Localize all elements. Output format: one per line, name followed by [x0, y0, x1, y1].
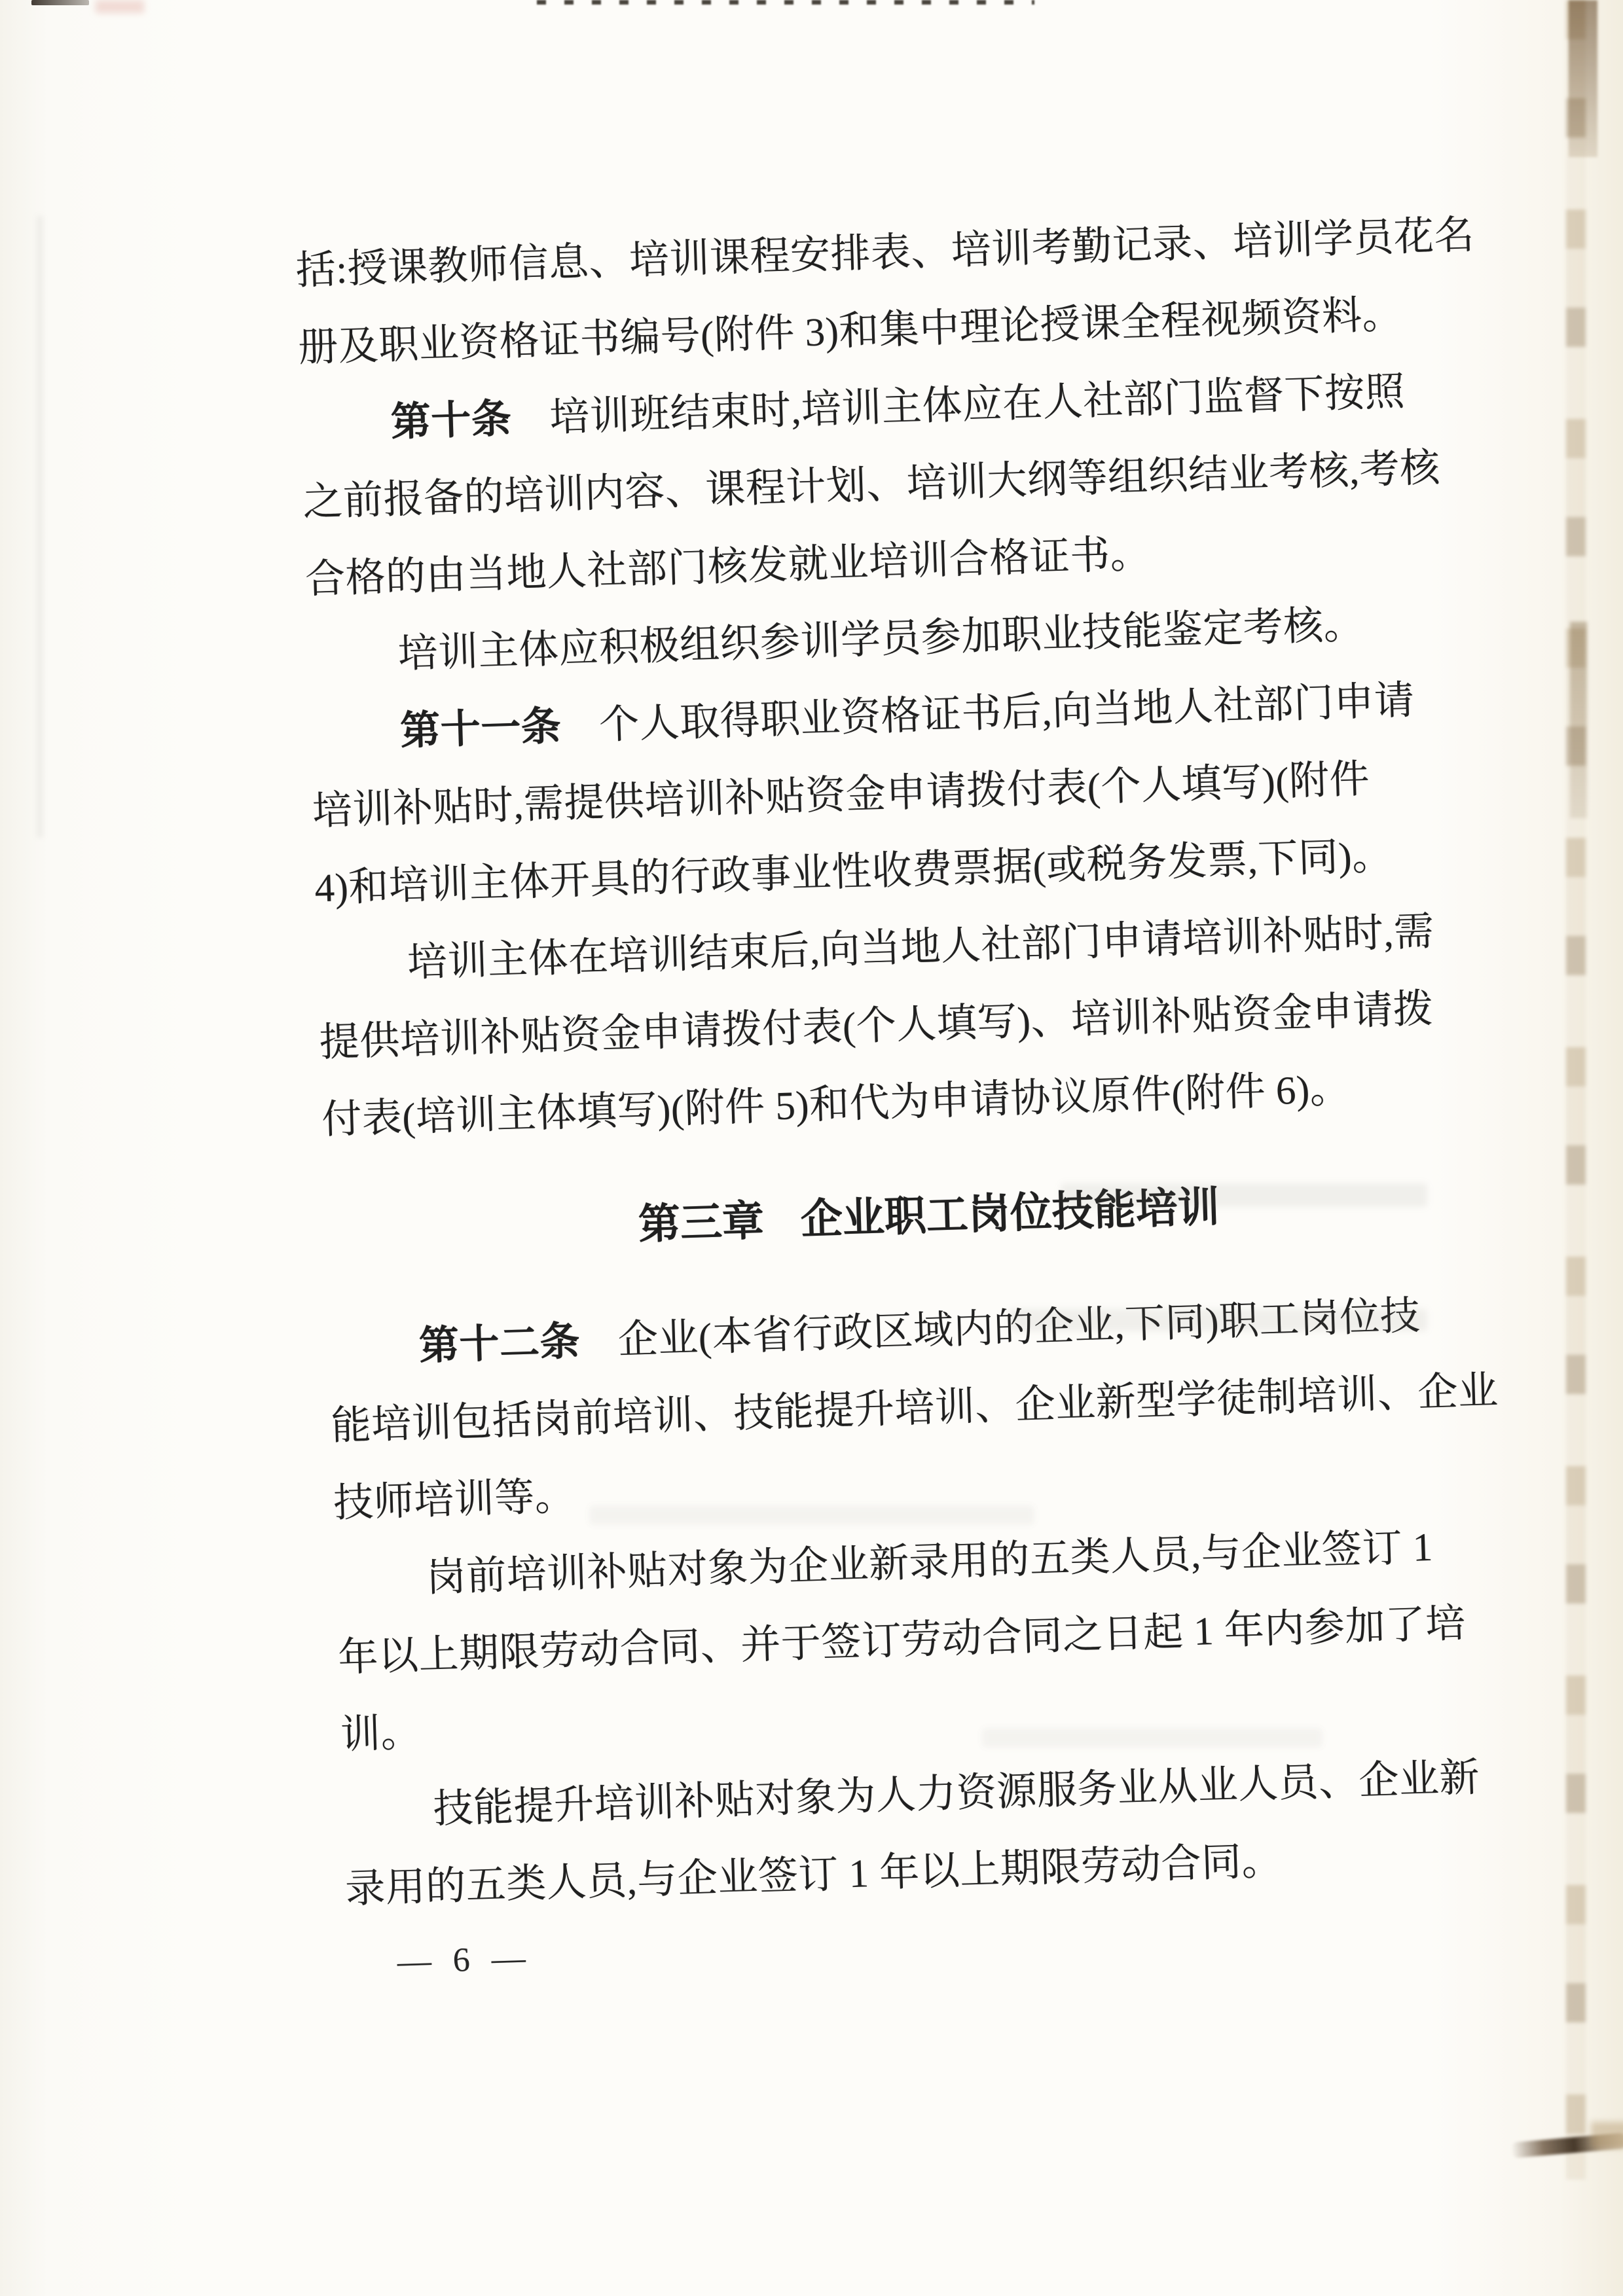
binding-shadow-strip: [1566, 0, 1586, 2179]
corner-smudge-tail: [1591, 2122, 1623, 2148]
text-line-body: 训。: [340, 1711, 422, 1757]
text-line-body: 个人取得职业资格证书后,向当地人社部门申请: [598, 679, 1415, 747]
ink-bleed-ghost: [589, 1505, 1034, 1525]
ink-bleed-ghost: [982, 1728, 1322, 1748]
article-number: 第十一条: [399, 704, 562, 753]
text-line-body: 岗前培训补贴对象为企业新录用的五类人员,与企业签订 1: [426, 1526, 1434, 1600]
pink-edge-mark: [96, 0, 144, 13]
torn-edge-dots: [537, 0, 1034, 5]
chapter-number: 第三章: [638, 1197, 765, 1248]
scanned-document-page: 括:授课教师信息、培训课程安排表、培训考勤记录、培训学员花名 册及职业资格证书编…: [0, 0, 1623, 2296]
binding-shadow-mid: [1570, 622, 1587, 818]
text-line-body: 技师培训等。: [333, 1475, 575, 1526]
article-number: 第十二条: [418, 1318, 581, 1367]
paper-crease-streak: [37, 216, 43, 838]
ink-bleed-ghost: [1008, 1309, 1427, 1331]
text-line-body: 付表(培训主体填写)(附件 5)和代为申请协议原件(附件 6)。: [321, 1067, 1351, 1142]
text-line-body: 录用的五类人员,与企业签订 1 年以上期限劳动合同。: [344, 1839, 1283, 1912]
chapter-heading: 第三章企业职工岗位技能培训: [324, 1158, 1534, 1272]
edge-dash-mark: [31, 0, 89, 5]
text-line-body: 培训主体应积极组织参训学员参加职业技能鉴定考核。: [397, 603, 1364, 676]
ink-bleed-ghost: [1061, 1183, 1427, 1207]
binding-shadow-top: [1569, 0, 1597, 157]
article-number: 第十条: [390, 396, 513, 444]
text-line-body: 合格的由当地人社部门核发就业培训合格证书。: [304, 532, 1151, 601]
document-body: 括:授课教师信息、培训课程安排表、培训考勤记录、培训学员花名 册及职业资格证书编…: [295, 195, 1556, 1992]
text-line-body: 培训班结束时,培训主体应在人社部门监督下按照: [549, 370, 1406, 440]
